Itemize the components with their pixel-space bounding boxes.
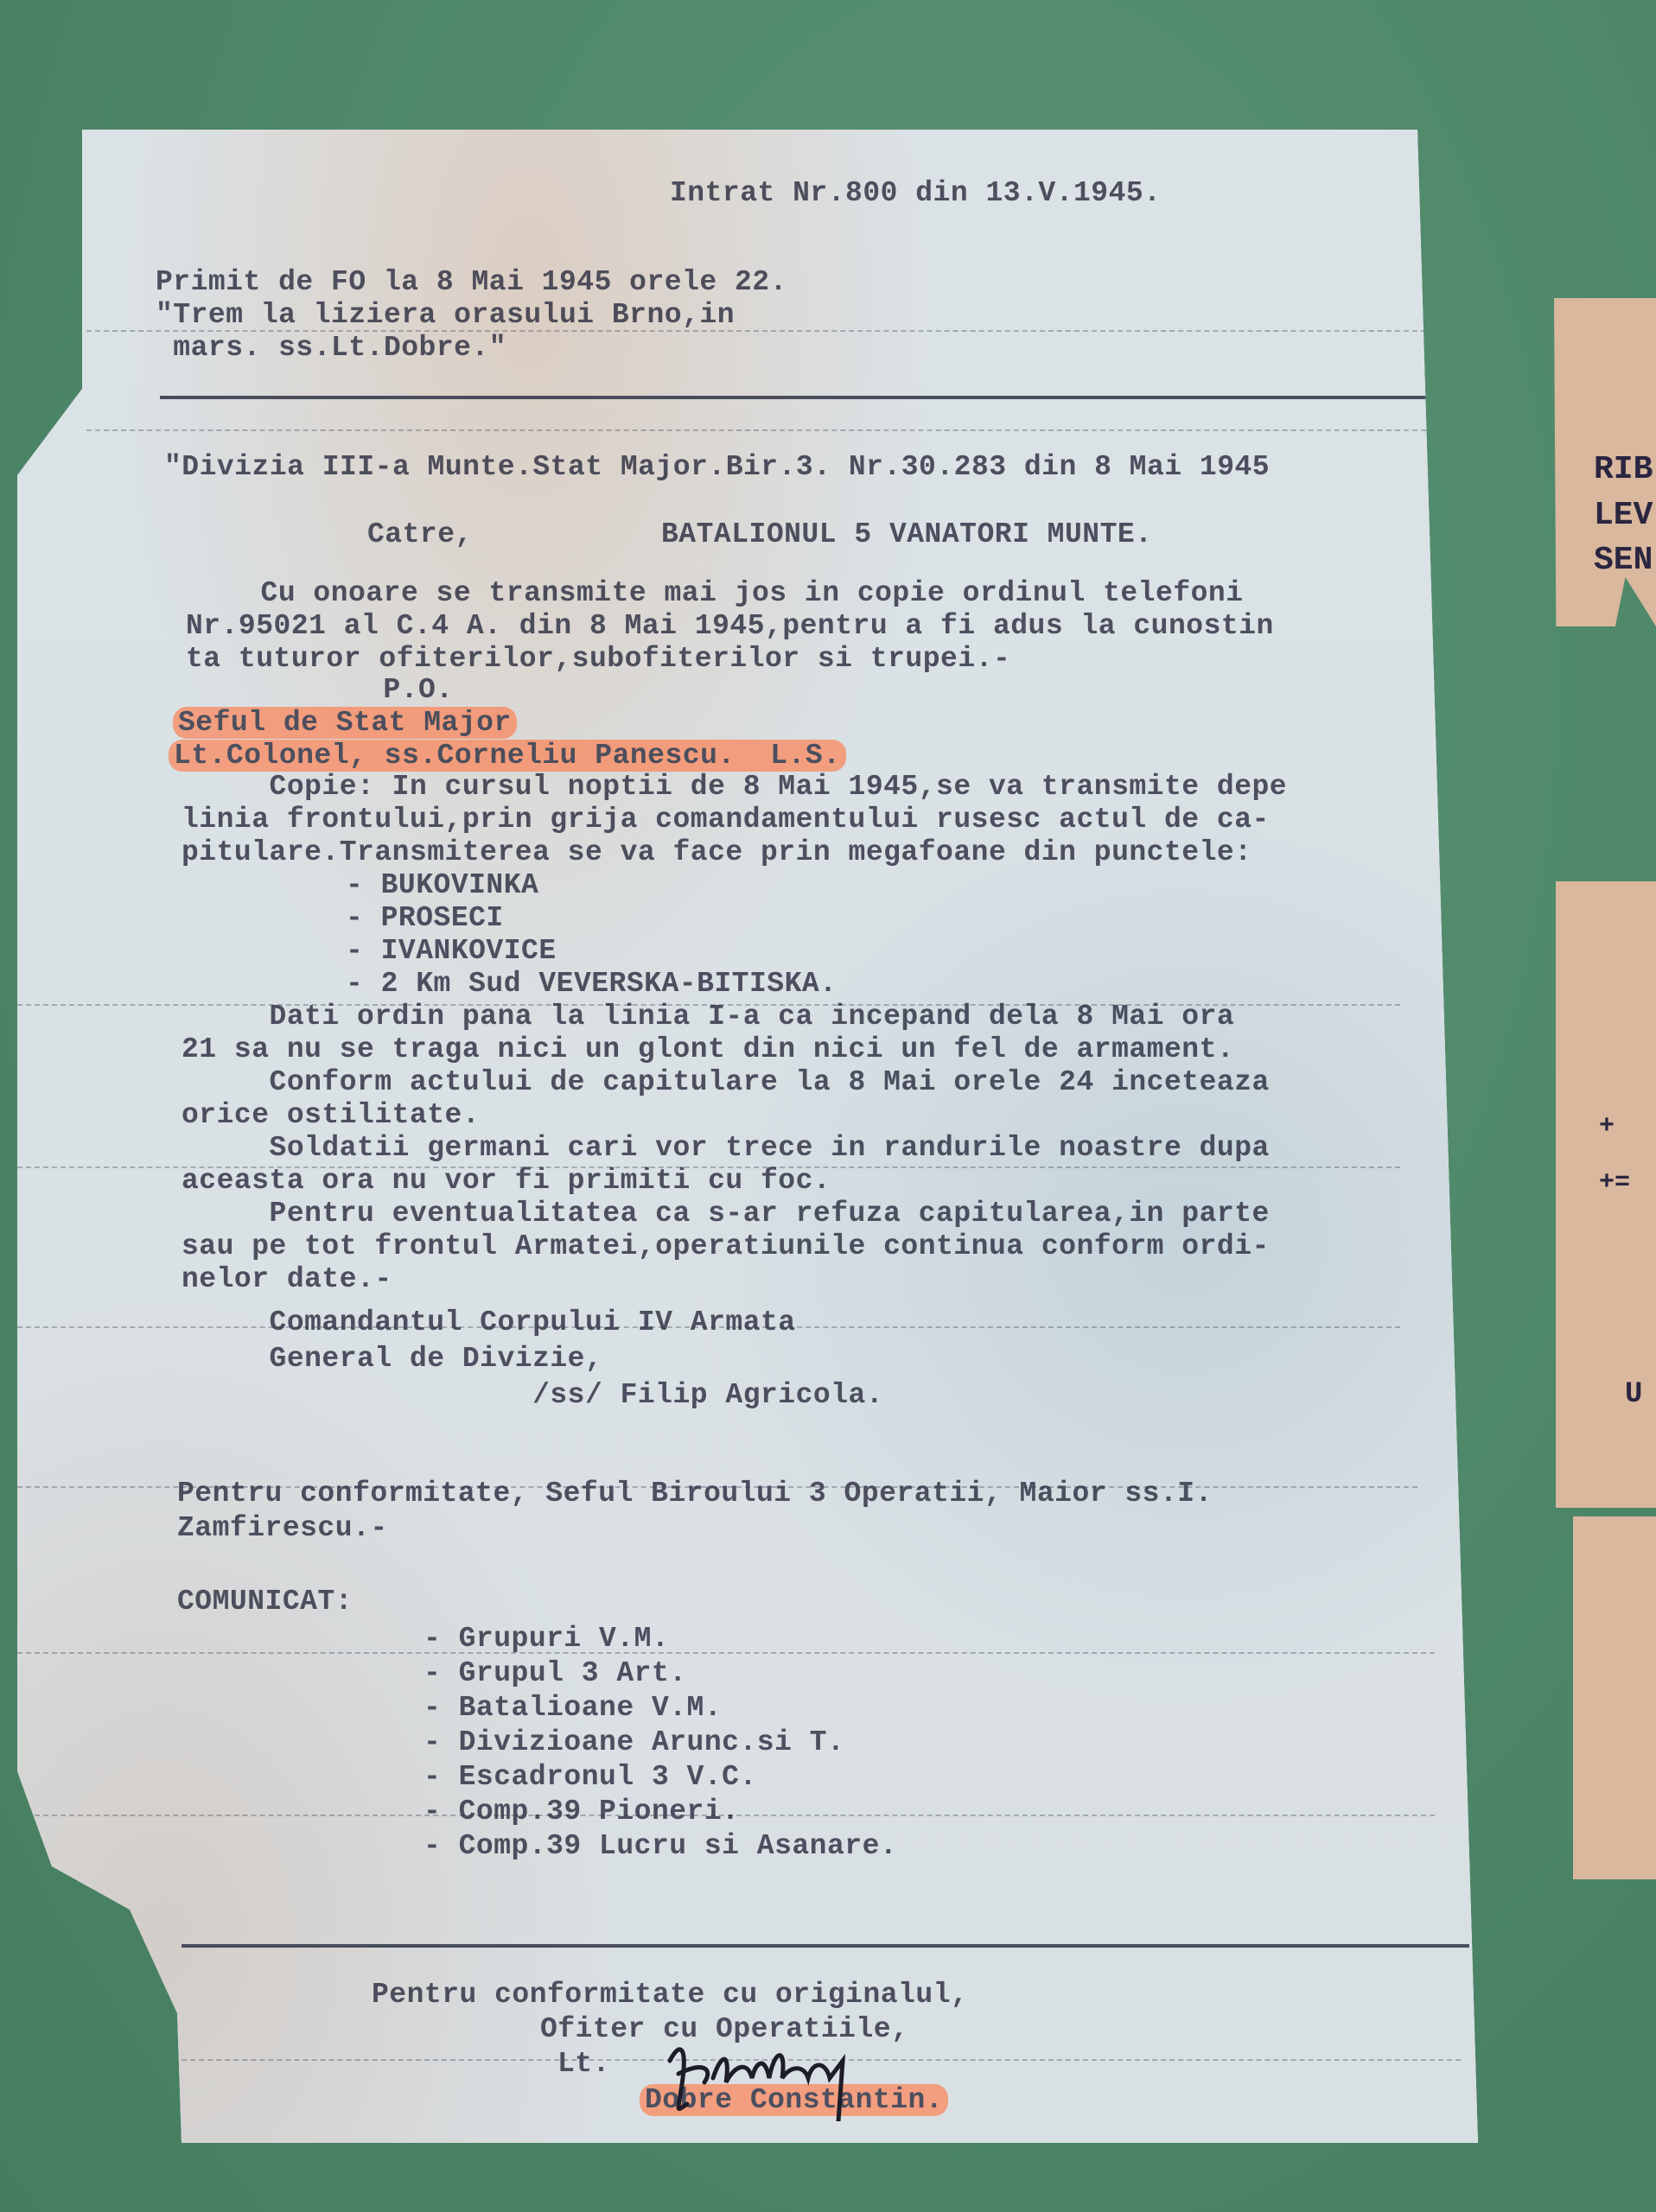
ruled-line	[86, 429, 1435, 431]
order-line: aceasta ora nu vor fi primiti cu foc.	[182, 1165, 831, 1198]
side-text-5: +=	[1599, 1162, 1630, 1204]
order-line: Soldatii germani cari vor trece in randu…	[182, 1132, 1270, 1165]
copy-line: pitulare.Transmiterea se va face prin me…	[182, 836, 1252, 869]
communicated-label: COMUNICAT:	[177, 1586, 353, 1618]
side-text-3: SEN	[1594, 540, 1653, 582]
addressee-value: BATALIONUL 5 VANATORI MUNTE.	[661, 518, 1153, 551]
order-line: 21 sa nu se traga nici un glont din nici…	[182, 1033, 1234, 1066]
side-text-6: U	[1625, 1374, 1642, 1415]
order-line: Conform actului de capitulare la 8 Mai o…	[182, 1066, 1270, 1099]
side-paper-bottom	[1573, 1516, 1656, 1879]
order-line: nelor date.-	[182, 1263, 392, 1296]
order-line: Dati ordin pana la linia I-a ca incepand…	[182, 1001, 1234, 1033]
side-paper-top: RIB LEV SEN	[1554, 298, 1656, 626]
communicated-item: - Grupuri V.M.	[424, 1623, 669, 1656]
addressee-label: Catre,	[367, 518, 473, 551]
document-page: Intrat Nr.800 din 13.V.1945. Primit de F…	[17, 130, 1478, 2143]
side-text-1: RIB	[1594, 449, 1653, 491]
received-line-3: mars. ss.Lt.Dobre."	[156, 332, 506, 365]
certify-line: Pentru conformitate cu originalul,	[372, 1979, 968, 2012]
communicated-item: - Escadronul 3 V.C.	[424, 1761, 757, 1794]
commander-line: /ss/ Filip Agricola.	[182, 1379, 883, 1412]
highlight: Lt.Colonel, ss.Corneliu Panescu. L.S.	[169, 740, 846, 772]
conformity-line: Zamfirescu.-	[177, 1512, 388, 1545]
received-line-1: Primit de FO la 8 Mai 1945 orele 22.	[156, 266, 787, 299]
communicated-item: - Divizioane Arunc.si T.	[424, 1726, 844, 1759]
intro-line: P.O.	[190, 674, 454, 707]
reference-line: "Divizia III-a Munte.Stat Major.Bir.3. N…	[164, 451, 1270, 484]
commander-line: Comandantul Corpului IV Armata	[182, 1306, 796, 1339]
ruled-line	[17, 1652, 1435, 1654]
entry-number: Intrat Nr.800 din 13.V.1945.	[670, 177, 1162, 210]
intro-line: Cu onoare se transmite mai jos in copie …	[173, 577, 1244, 610]
point-item: - 2 Km Sud VEVERSKA-BITISKA.	[346, 968, 838, 1001]
side-text-4: +	[1599, 1106, 1615, 1147]
intro-line: ta tuturor ofiterilor,subofiterilor si t…	[186, 643, 1010, 676]
communicated-item: - Grupul 3 Art.	[424, 1657, 687, 1690]
point-item: - BUKOVINKA	[346, 869, 538, 902]
separator-rule	[182, 1944, 1469, 1948]
received-line-2: "Trem la liziera orasului Brno,in	[156, 299, 735, 332]
highlight: Seful de Stat Major	[173, 707, 517, 739]
conformity-line: Pentru conformitate, Seful Biroului 3 Op…	[177, 1478, 1213, 1510]
copy-line: linia frontului,prin grija comandamentul…	[182, 804, 1270, 836]
separator-rule	[160, 396, 1439, 399]
intro-line: Nr.95021 al C.4 A. din 8 Mai 1945,pentru…	[186, 610, 1274, 643]
commander-line: General de Divizie,	[182, 1343, 602, 1376]
order-line: orice ostilitate.	[182, 1099, 480, 1132]
order-line: sau pe tot frontul Armatei,operatiunile …	[182, 1230, 1270, 1263]
copy-line: Copie: In cursul noptii de 8 Mai 1945,se…	[182, 771, 1287, 804]
order-line: Pentru eventualitatea ca s-ar refuza cap…	[182, 1198, 1270, 1230]
point-item: - IVANKOVICE	[346, 935, 557, 968]
side-text-2: LEV	[1594, 495, 1653, 537]
communicated-item: - Comp.39 Lucru si Asanare.	[424, 1830, 897, 1863]
communicated-item: - Comp.39 Pioneri.	[424, 1796, 739, 1828]
point-item: - PROSECI	[346, 902, 504, 935]
signatory-name: Lt.Colonel, ss.Corneliu Panescu. L.S.	[169, 740, 846, 772]
side-paper-middle: + += U	[1556, 881, 1656, 1508]
rank-label: Lt.	[557, 2048, 610, 2081]
signatory-title: Seful de Stat Major	[173, 707, 517, 740]
handwritten-signature	[653, 2026, 946, 2121]
communicated-item: - Batalioane V.M.	[424, 1692, 722, 1725]
